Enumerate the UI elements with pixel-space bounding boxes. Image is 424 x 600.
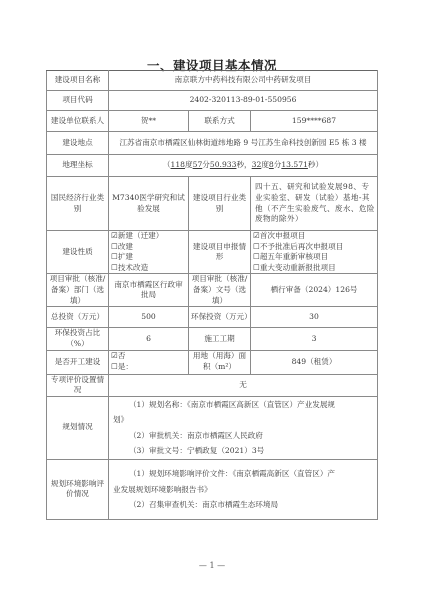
value-env-ratio: 6 bbox=[109, 328, 189, 350]
value-location: 江苏省南京市栖霞区仙林街道纬地路 9 号江苏生命科技创新园 E5 栋 3 楼 bbox=[109, 132, 378, 155]
label-area: 用地（用海）面积（m²） bbox=[189, 350, 251, 374]
value-planning: （1）规划名称：《南京市栖霞区高新区（直管区）产业发展规 划》 （2）审批机关：… bbox=[109, 396, 378, 459]
checkbox-empty-icon: ☐ bbox=[111, 263, 118, 272]
option-label: 改建 bbox=[118, 242, 133, 251]
row-special-eval: 专项评价设置情况 无 bbox=[47, 374, 378, 396]
value-approval-dept: 南京市栖霞区行政审批局 bbox=[109, 274, 189, 307]
value-project-industry: 四十五、研究和试验发展98、专业实验室、研发（试验）基地-其他（不产生实验废气、… bbox=[251, 177, 378, 231]
label-approval-dept: 项目审批（核准/备案）部门（选填） bbox=[47, 274, 109, 307]
project-info-table: 建设项目名称 南京联方中药科技有限公司中药研发项目 项目代码 2402-3201… bbox=[46, 70, 378, 520]
label-total-investment: 总投资（万元） bbox=[47, 307, 109, 328]
row-coordinates: 地理坐标 （118度57分50.933秒，32度8分13.571秒） bbox=[47, 155, 378, 177]
planning-line: 划》 bbox=[113, 412, 373, 428]
checkbox-empty-icon: ☐ bbox=[253, 252, 260, 261]
value-construction-period: 3 bbox=[251, 328, 378, 350]
row-approval: 项目审批（核准/备案）部门（选填） 南京市栖霞区行政审批局 项目审批（核准/备案… bbox=[47, 274, 378, 307]
planning-line: （2）审批机关：南京市栖霞区人民政府 bbox=[113, 428, 373, 444]
started-option-yes[interactable]: ☐是： bbox=[111, 362, 186, 373]
label-project-name: 建设项目名称 bbox=[47, 71, 109, 91]
page-number: — 1 — bbox=[0, 561, 424, 570]
row-ratio: 环保投资占比（%） 6 施工工期 3 bbox=[47, 328, 378, 350]
value-contact: 贺** bbox=[109, 111, 189, 132]
row-investment: 总投资（万元） 500 环保投资（万元） 30 bbox=[47, 307, 378, 328]
label-project-industry: 建设项目行业类别 bbox=[189, 177, 251, 231]
nature-option-new[interactable]: ☑新建（迁建） bbox=[111, 231, 186, 242]
row-project-name: 建设项目名称 南京联方中药科技有限公司中药研发项目 bbox=[47, 71, 378, 91]
checkbox-empty-icon: ☐ bbox=[111, 242, 118, 251]
coord-lon-min: 57 bbox=[193, 160, 203, 169]
nature-option-rebuild[interactable]: ☐改建 bbox=[111, 242, 186, 253]
label-env-ratio: 环保投资占比（%） bbox=[47, 328, 109, 350]
option-label: 扩建 bbox=[118, 252, 133, 261]
row-nature: 建设性质 ☑新建（迁建） ☐改建 ☐扩建 ☐技术改造 建设项目申报情形 ☑首次申… bbox=[47, 231, 378, 274]
planning-eia-line: （1）规划环境影响评价文件：《南京栖霞高新区（直管区）产 bbox=[113, 466, 373, 482]
coord-unit: 度 bbox=[185, 160, 193, 169]
value-project-code: 2402-320113-89-01-550956 bbox=[109, 91, 378, 111]
value-phone: 159****687 bbox=[251, 111, 378, 132]
planning-eia-line: 业发展规划环境影响报告书》 bbox=[113, 482, 373, 498]
coord-close: ） bbox=[316, 160, 324, 169]
checkbox-checked-icon: ☑ bbox=[111, 351, 118, 360]
coord-lat-deg: 32 bbox=[252, 160, 262, 169]
checkbox-checked-icon: ☑ bbox=[253, 231, 260, 240]
row-industry: 国民经济行业类别 M7340医学研究和试验发展 建设项目行业类别 四十五、研究和… bbox=[47, 177, 378, 231]
option-label: 不予批准后再次申报项目 bbox=[260, 242, 344, 251]
option-label: 超五年重新审核项目 bbox=[260, 252, 328, 261]
label-industry: 国民经济行业类别 bbox=[47, 177, 109, 231]
checkbox-empty-icon: ☐ bbox=[253, 263, 260, 272]
value-project-name: 南京联方中药科技有限公司中药研发项目 bbox=[109, 71, 378, 91]
declare-options: ☑首次申报项目 ☐不予批准后再次申报项目 ☐超五年重新审核项目 ☐重大变动重新报… bbox=[251, 231, 378, 274]
nature-options: ☑新建（迁建） ☐改建 ☐扩建 ☐技术改造 bbox=[109, 231, 189, 274]
declare-option-resubmit[interactable]: ☐不予批准后再次申报项目 bbox=[253, 242, 375, 253]
row-project-code: 项目代码 2402-320113-89-01-550956 bbox=[47, 91, 378, 111]
option-label: 重大变动重新报批项目 bbox=[260, 263, 336, 272]
value-area: 849（租赁） bbox=[251, 350, 378, 374]
started-option-no[interactable]: ☑否 bbox=[111, 351, 186, 362]
label-env-investment: 环保投资（万元） bbox=[189, 307, 251, 328]
coord-unit: 秒， bbox=[236, 160, 251, 169]
row-contact: 建设单位联系人 贺** 联系方式 159****687 bbox=[47, 111, 378, 132]
value-total-investment: 500 bbox=[109, 307, 189, 328]
value-planning-eia: （1）规划环境影响评价文件：《南京栖霞高新区（直管区）产 业发展规划环境影响报告… bbox=[109, 459, 378, 519]
label-phone: 联系方式 bbox=[189, 111, 251, 132]
option-label: 否 bbox=[118, 351, 126, 360]
value-special-eval: 无 bbox=[109, 374, 378, 396]
value-env-investment: 30 bbox=[251, 307, 378, 328]
declare-option-first[interactable]: ☑首次申报项目 bbox=[253, 231, 375, 242]
label-contact: 建设单位联系人 bbox=[47, 111, 109, 132]
planning-eia-line: （2）召集审查机关：南京市栖霞生态环境局 bbox=[113, 497, 373, 513]
coord-lon-sec: 50.933 bbox=[210, 160, 237, 169]
row-location: 建设地点 江苏省南京市栖霞区仙林街道纬地路 9 号江苏生命科技创新园 E5 栋 … bbox=[47, 132, 378, 155]
nature-option-expand[interactable]: ☐扩建 bbox=[111, 252, 186, 263]
option-label: 首次申报项目 bbox=[260, 231, 306, 240]
coord-unit: 分 bbox=[202, 160, 210, 169]
checkbox-checked-icon: ☑ bbox=[111, 231, 118, 240]
label-declare: 建设项目申报情形 bbox=[189, 231, 251, 274]
label-coordinates: 地理坐标 bbox=[47, 155, 109, 177]
declare-option-five-year[interactable]: ☐超五年重新审核项目 bbox=[253, 252, 375, 263]
planning-line: （1）规划名称：《南京市栖霞区高新区（直管区）产业发展规 bbox=[113, 397, 373, 413]
option-label: 技术改造 bbox=[118, 263, 148, 272]
coord-lat-sec: 13.571 bbox=[281, 160, 308, 169]
value-coordinates: （118度57分50.933秒，32度8分13.571秒） bbox=[109, 155, 378, 177]
nature-option-tech[interactable]: ☐技术改造 bbox=[111, 263, 186, 274]
option-label: 是： bbox=[118, 362, 133, 371]
label-planning-eia: 规划环境影响评价情况 bbox=[47, 459, 109, 519]
coord-unit: 秒 bbox=[308, 160, 316, 169]
coord-open: （ bbox=[163, 160, 171, 169]
coord-lon-deg: 118 bbox=[171, 160, 186, 169]
declare-option-major-change[interactable]: ☐重大变动重新报批项目 bbox=[253, 263, 375, 274]
label-special-eval: 专项评价设置情况 bbox=[47, 374, 109, 396]
label-project-code: 项目代码 bbox=[47, 91, 109, 111]
row-started: 是否开工建设 ☑否 ☐是： 用地（用海）面积（m²） 849（租赁） bbox=[47, 350, 378, 374]
checkbox-empty-icon: ☐ bbox=[111, 252, 118, 261]
label-started: 是否开工建设 bbox=[47, 350, 109, 374]
label-construction-period: 施工工期 bbox=[189, 328, 251, 350]
checkbox-empty-icon: ☐ bbox=[253, 242, 260, 251]
label-approval-doc: 项目审批（核准/备案）文号（选填） bbox=[189, 274, 251, 307]
label-planning: 规划情况 bbox=[47, 396, 109, 459]
started-options: ☑否 ☐是： bbox=[109, 350, 189, 374]
value-industry: M7340医学研究和试验发展 bbox=[109, 177, 189, 231]
planning-line: （3）审批文号：宁栖政复（2021）3号 bbox=[113, 443, 373, 459]
label-nature: 建设性质 bbox=[47, 231, 109, 274]
option-label: 新建（迁建） bbox=[118, 231, 164, 240]
row-planning: 规划情况 （1）规划名称：《南京市栖霞区高新区（直管区）产业发展规 划》 （2）… bbox=[47, 396, 378, 459]
row-planning-eia: 规划环境影响评价情况 （1）规划环境影响评价文件：《南京栖霞高新区（直管区）产 … bbox=[47, 459, 378, 519]
label-location: 建设地点 bbox=[47, 132, 109, 155]
value-approval-doc: 栖行审备（2024）126号 bbox=[251, 274, 378, 307]
checkbox-empty-icon: ☐ bbox=[111, 362, 118, 371]
coord-unit: 度 bbox=[261, 160, 269, 169]
